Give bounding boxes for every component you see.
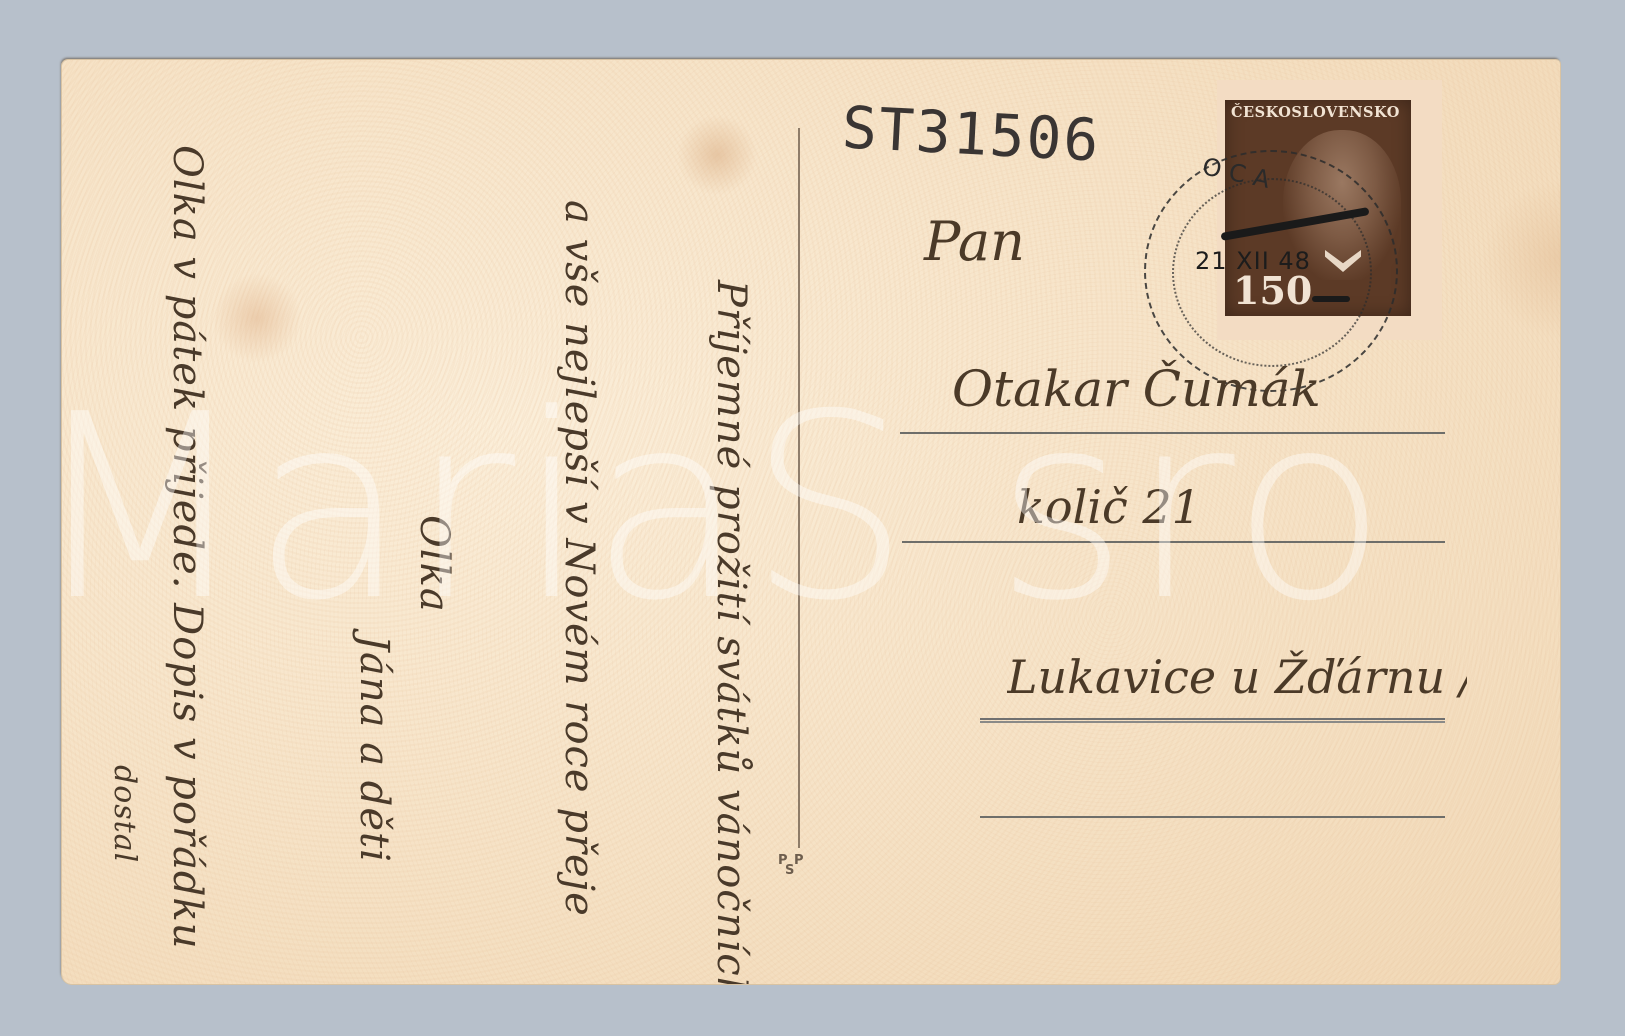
center-divider: [798, 128, 800, 848]
town-address: Lukavice u Žďárnu / u Rýšpuka: [1007, 650, 1467, 704]
message-line-1: Příjemné prožití svátků vánočních: [708, 280, 754, 984]
publisher-mark: P P S: [778, 856, 805, 876]
message-signature-1: Olka: [411, 515, 457, 613]
address-line-1: [900, 432, 1445, 434]
postcard: ST31506 P P S ČESKOSLOVENSKO 150 OCA 21 …: [62, 60, 1560, 984]
addressee-name: Otakar Čumák: [952, 360, 1321, 418]
address-line-2: [902, 541, 1445, 543]
message-signature-2: Jána a děti: [351, 635, 397, 863]
address-line-4: [980, 816, 1445, 818]
stamp-perforation: [1217, 80, 1442, 94]
side-note-line-1: Olka v pátek přijede. Dopis v pořádku: [164, 145, 210, 950]
address-line-3: [980, 718, 1445, 723]
message-line-2: a vše nejlepší v Novém roce přeje: [556, 200, 602, 917]
reference-code: ST31506: [840, 93, 1102, 174]
stamp-country: ČESKOSLOVENSKO: [1231, 104, 1400, 121]
street-address: količ 21: [1017, 480, 1201, 534]
postmark-date: 21 XII 48: [1195, 247, 1311, 275]
cancel-bar: [1312, 296, 1350, 302]
salutation: Pan: [924, 210, 1025, 273]
side-note-line-2: dostal: [107, 765, 142, 863]
